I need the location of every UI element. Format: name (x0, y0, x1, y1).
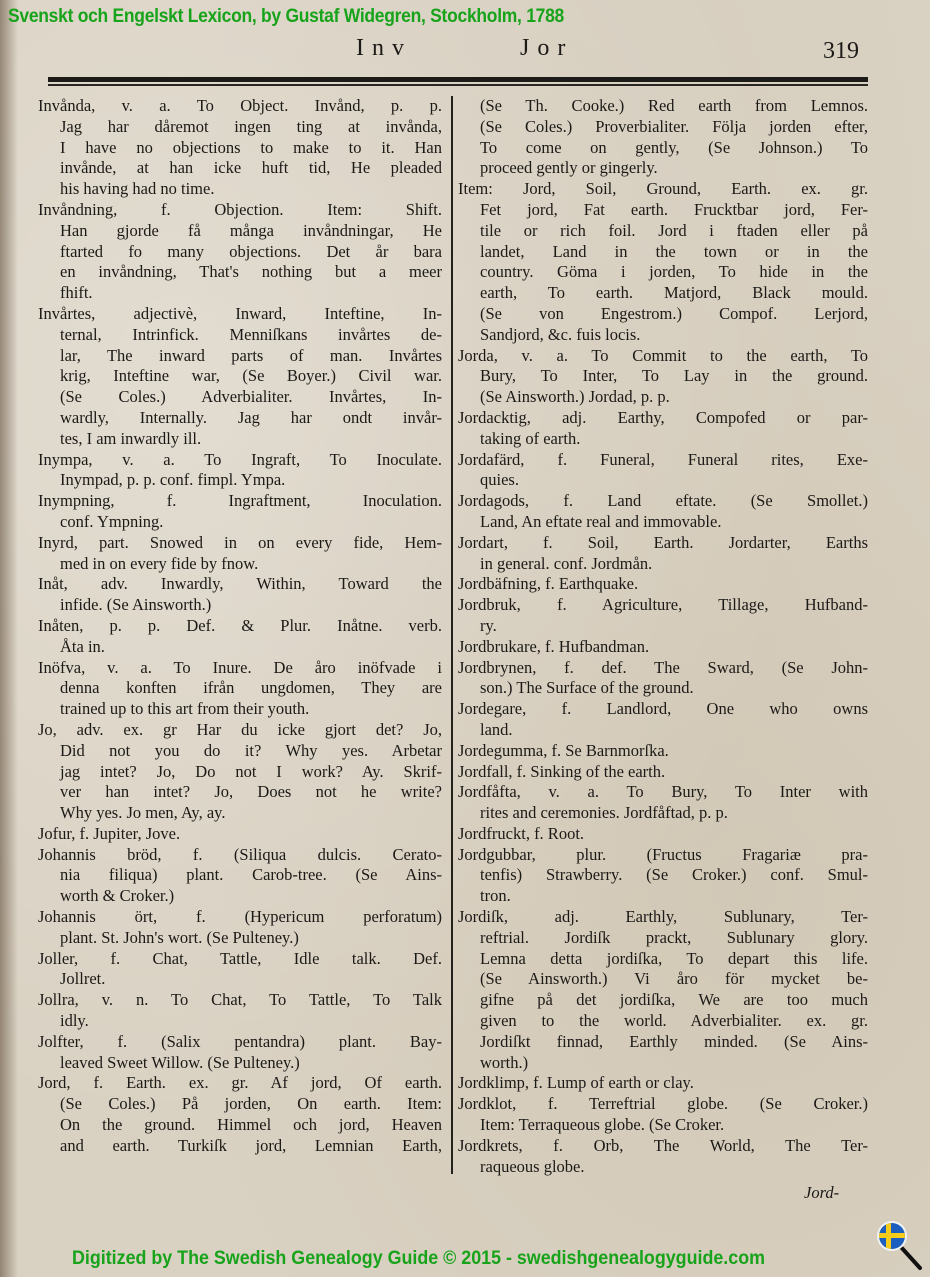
dictionary-line: Jordbrukare, f. Hufbandman. (458, 637, 868, 658)
header-rule-thick (48, 77, 868, 82)
dictionary-line: nia filiqua) plant. Carob-tree. (Se Ains… (38, 865, 442, 886)
left-column: Invånda, v. a. To Object. Invånd, p. p.J… (38, 96, 442, 1157)
dictionary-line: trained up to this art from their youth. (38, 699, 442, 720)
dictionary-line: Jo, adv. ex. gr Har du icke gjort det? J… (38, 720, 442, 741)
dictionary-line: son.) The Surface of the ground. (458, 678, 868, 699)
dictionary-line: Jordacktig, adj. Earthy, Compofed or par… (458, 408, 868, 429)
dictionary-line: Inympa, v. a. To Ingraft, To Inoculate. (38, 450, 442, 471)
page-number: 319 (823, 38, 859, 65)
dictionary-line: Jordklot, f. Terreftrial globe. (Se Crok… (458, 1094, 868, 1115)
dictionary-line: Inympad, p. p. conf. fimpl. Ympa. (38, 470, 442, 491)
dictionary-line: med in on every fide by fnow. (38, 554, 442, 575)
dictionary-line: leaved Sweet Willow. (Se Pulteney.) (38, 1053, 442, 1074)
dictionary-line: ftarted fo many objections. Det år bara (38, 242, 442, 263)
dictionary-line: On the ground. Himmel och jord, Heaven (38, 1115, 442, 1136)
dictionary-line: (Se Coles.) Proverbialiter. Följa jorden… (458, 117, 868, 138)
running-head-right: Jor (520, 35, 573, 62)
dictionary-line: Jordfruckt, f. Root. (458, 824, 868, 845)
dictionary-line: in general. conf. Jordmån. (458, 554, 868, 575)
dictionary-line: Jollra, v. n. To Chat, To Tattle, To Tal… (38, 990, 442, 1011)
dictionary-line: Invåndning, f. Objection. Item: Shift. (38, 200, 442, 221)
dictionary-line: Jordart, f. Soil, Earth. Jordarter, Eart… (458, 533, 868, 554)
swedish-flag-magnifier-icon (874, 1218, 926, 1272)
dictionary-line: Jordfall, f. Sinking of the earth. (458, 762, 868, 783)
dictionary-line: Jordbäfning, f. Earthquake. (458, 574, 868, 595)
dictionary-line: (Se Ainsworth.) Jordad, p. p. (458, 387, 868, 408)
dictionary-line: (Se von Engestrom.) Compof. Lerjord, (458, 304, 868, 325)
dictionary-line: Inöfva, v. a. To Inure. De åro inöfvade … (38, 658, 442, 679)
dictionary-line: ver han intet? Jo, Does not he write? (38, 782, 442, 803)
dictionary-line: Why yes. Jo men, Ay, ay. (38, 803, 442, 824)
right-column: (Se Th. Cooke.) Red earth from Lemnos.(S… (458, 96, 868, 1177)
header-rule-thin (48, 84, 868, 86)
dictionary-line: Inyrd, part. Snowed in on every fide, He… (38, 533, 442, 554)
dictionary-line: land. (458, 720, 868, 741)
dictionary-line: Did not you do it? Why yes. Arbetar (38, 741, 442, 762)
dictionary-line: proceed gently or gingerly. (458, 158, 868, 179)
dictionary-line: denna konften ifrån ungdomen, They are (38, 678, 442, 699)
dictionary-line: Jolfter, f. (Salix pentandra) plant. Bay… (38, 1032, 442, 1053)
column-divider (451, 96, 453, 1174)
dictionary-line: landet, Land in the town or in the (458, 242, 868, 263)
dictionary-line: Sandjord, &c. fuis locis. (458, 325, 868, 346)
dictionary-line: To come on gently, (Se Johnson.) To (458, 138, 868, 159)
dictionary-line: Invånda, v. a. To Object. Invånd, p. p. (38, 96, 442, 117)
dictionary-line: Jordiſkt finnad, Earthly minded. (Se Ain… (458, 1032, 868, 1053)
dictionary-line: en invåndning, That's nothing but a meer (38, 262, 442, 283)
dictionary-line: Johannis bröd, f. (Siliqua dulcis. Cerat… (38, 845, 442, 866)
dictionary-line: raqueous globe. (458, 1157, 868, 1178)
dictionary-line: (Se Coles.) Adverbialiter. Invårtes, In- (38, 387, 442, 408)
dictionary-line: I have no objections to make to it. Han (38, 138, 442, 159)
dictionary-line: earth, To earth. Matjord, Black mould. (458, 283, 868, 304)
catchword: Jord- (804, 1183, 839, 1203)
dictionary-line: tenfis) Strawberry. (Se Croker.) conf. S… (458, 865, 868, 886)
dictionary-line: Jordegumma, f. Se Barnmorſka. (458, 741, 868, 762)
dictionary-line: Bury, To Inter, To Lay in the ground. (458, 366, 868, 387)
dictionary-line: worth & Croker.) (38, 886, 442, 907)
dictionary-line: reftrial. Jordiſk prackt, Sublunary glor… (458, 928, 868, 949)
dictionary-line: Invårtes, adjectivè, Inward, Inteftine, … (38, 304, 442, 325)
dictionary-line: fhift. (38, 283, 442, 304)
dictionary-line: Inåten, p. p. Def. & Plur. Inåtne. verb. (38, 616, 442, 637)
dictionary-line: Lemna detta jordiſka, To depart this lif… (458, 949, 868, 970)
dictionary-line: Jordgubbar, plur. (Fructus Fragariæ pra- (458, 845, 868, 866)
dictionary-line: wardly, Internally. Jag har ondt invår- (38, 408, 442, 429)
dictionary-line: tes, I am inwardly ill. (38, 429, 442, 450)
dictionary-line: Jag har dåremot ingen ting at invånda, (38, 117, 442, 138)
dictionary-line: given to the world. Adverbialiter. ex. g… (458, 1011, 868, 1032)
page-edge-shadow (0, 0, 18, 1277)
dictionary-line: jag intet? Jo, Do not I work? Ay. Skrif- (38, 762, 442, 783)
dictionary-line: Han gjorde få många invåndningar, He (38, 221, 442, 242)
dictionary-line: Jordafärd, f. Funeral, Funeral rites, Ex… (458, 450, 868, 471)
dictionary-line: Jorda, v. a. To Commit to the earth, To (458, 346, 868, 367)
dictionary-line: idly. (38, 1011, 442, 1032)
dictionary-line: gifne på det jordiſka, We are too much (458, 990, 868, 1011)
dictionary-line: quies. (458, 470, 868, 491)
dictionary-line: ry. (458, 616, 868, 637)
dictionary-line: and earth. Turkiſk jord, Lemnian Earth, (38, 1136, 442, 1157)
dictionary-line: Åta in. (38, 637, 442, 658)
dictionary-line: Jofur, f. Jupiter, Jove. (38, 824, 442, 845)
dictionary-line: country. Göma i jorden, To hide in the (458, 262, 868, 283)
dictionary-line: tile or rich foil. Jord i ftaden eller p… (458, 221, 868, 242)
dictionary-line: lar, The inward parts of man. Invårtes (38, 346, 442, 367)
dictionary-line: Jordagods, f. Land eftate. (Se Smollet.) (458, 491, 868, 512)
dictionary-line: Jord, f. Earth. ex. gr. Af jord, Of eart… (38, 1073, 442, 1094)
dictionary-line: (Se Th. Cooke.) Red earth from Lemnos. (458, 96, 868, 117)
dictionary-line: Inympning, f. Ingraftment, Inoculation. (38, 491, 442, 512)
dictionary-line: Item: Terraqueous globe. (Se Croker. (458, 1115, 868, 1136)
dictionary-line: (Se Ainsworth.) Vi åro för mycket be- (458, 969, 868, 990)
dictionary-line: Jordkrets, f. Orb, The World, The Ter- (458, 1136, 868, 1157)
dictionary-line: (Se Coles.) På jorden, On earth. Item: (38, 1094, 442, 1115)
dictionary-line: Jordbruk, f. Agriculture, Tillage, Hufba… (458, 595, 868, 616)
dictionary-line: Inåt, adv. Inwardly, Within, Toward the (38, 574, 442, 595)
dictionary-line: Jollret. (38, 969, 442, 990)
dictionary-line: tron. (458, 886, 868, 907)
dictionary-line: Jordfåfta, v. a. To Bury, To Inter with (458, 782, 868, 803)
dictionary-line: Jordklimp, f. Lump of earth or clay. (458, 1073, 868, 1094)
dictionary-line: rites and ceremonies. Jordfåftad, p. p. (458, 803, 868, 824)
dictionary-line: Item: Jord, Soil, Ground, Earth. ex. gr. (458, 179, 868, 200)
digitizer-credit-watermark: Digitized by The Swedish Genealogy Guide… (72, 1248, 765, 1270)
dictionary-line: Jordiſk, adj. Earthly, Sublunary, Ter- (458, 907, 868, 928)
dictionary-line: invånde, at han icke huft tid, He pleade… (38, 158, 442, 179)
dictionary-line: Fet jord, Fat earth. Frucktbar jord, Fer… (458, 200, 868, 221)
dictionary-line: krig, Inteftine war, (Se Boyer.) Civil w… (38, 366, 442, 387)
dictionary-line: his having had no time. (38, 179, 442, 200)
dictionary-line: Joller, f. Chat, Tattle, Idle talk. Def. (38, 949, 442, 970)
dictionary-line: taking of earth. (458, 429, 868, 450)
dictionary-line: plant. St. John's wort. (Se Pulteney.) (38, 928, 442, 949)
dictionary-line: Land, An eftate real and immovable. (458, 512, 868, 533)
dictionary-line: Jordbrynen, f. def. The Sward, (Se John- (458, 658, 868, 679)
dictionary-line: conf. Ympning. (38, 512, 442, 533)
dictionary-line: worth.) (458, 1053, 868, 1074)
dictionary-line: Johannis ört, f. (Hypericum perforatum) (38, 907, 442, 928)
source-title-watermark: Svenskt och Engelskt Lexicon, by Gustaf … (8, 6, 564, 28)
dictionary-line: Jordegare, f. Landlord, One who owns (458, 699, 868, 720)
dictionary-line: ternal, Intrinfick. Menniſkans invårtes … (38, 325, 442, 346)
running-head-left: Inv (356, 35, 412, 62)
dictionary-line: infide. (Se Ainsworth.) (38, 595, 442, 616)
